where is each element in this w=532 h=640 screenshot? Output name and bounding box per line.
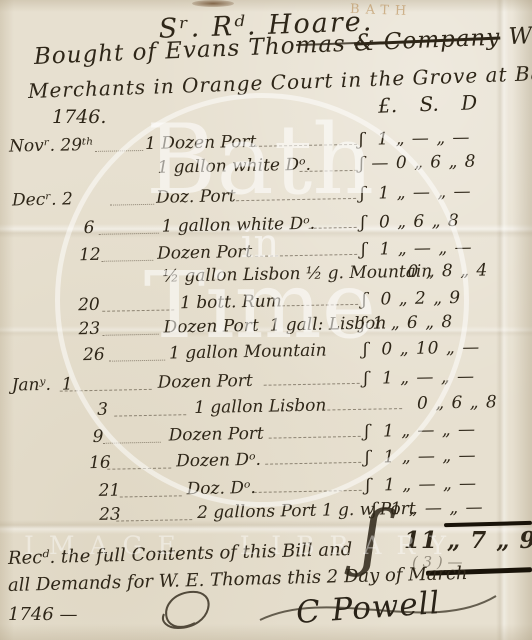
entry-date: 6	[83, 218, 94, 238]
entry-item: 1 Dozen Port	[145, 132, 257, 154]
leader-line	[265, 452, 361, 465]
leader-line	[101, 250, 153, 262]
leader-line	[60, 379, 152, 392]
entry-amount: ʃ 1 „ — „ —	[360, 182, 472, 204]
entry-item: Dozen Port	[168, 424, 264, 446]
total-amount: 11 „ 7 „ 9	[404, 527, 532, 554]
leader-line	[255, 244, 357, 257]
entry-date: Decʳ. 2	[12, 189, 73, 210]
leader-line	[249, 134, 357, 147]
entry-amount: ʃ 1 „ 6 „ 8	[360, 312, 453, 334]
entry-date: 23	[78, 319, 100, 339]
entry-item: Doz. Dᵒ.	[186, 478, 256, 499]
leader-line	[102, 299, 174, 311]
leader-line	[268, 426, 360, 439]
entry-amount: 0 „ 8 „ 4	[407, 260, 488, 282]
manuscript-bill-page: BATH Sʳ. Rᵈ. Hoare. Bought of Evans Thom…	[0, 0, 532, 640]
entry-amount: ʃ 0 „ 6 „ 8	[360, 211, 459, 233]
entry-item: Dozen Port 1 gall: Lisbon	[163, 313, 386, 337]
entry-amount: ʃ 1 „ — „ —	[363, 367, 475, 389]
entry-item: 1 gallon white Dᵒ.	[157, 155, 311, 178]
leader-line	[99, 223, 159, 235]
leader-line	[110, 194, 154, 206]
entry-amount: 0 „ 6 „ 8	[417, 392, 498, 414]
leader-line	[263, 373, 359, 386]
entry-item: 1 bott. Rum	[180, 291, 282, 313]
entry-item: Dozen Port	[157, 371, 253, 393]
leader-line	[236, 188, 356, 201]
entry-date: Novʳ. 29ᵗʰ	[9, 135, 94, 157]
leader-line	[299, 160, 357, 172]
entry-amount: ʃ 1 „ — „ —	[365, 446, 477, 468]
leader-line	[120, 485, 182, 497]
entry-item: 1 gallon white Dᵒ.	[161, 214, 315, 237]
entry-item: Dozen Dᵒ.	[176, 450, 261, 472]
entry-item: Doz. Port	[156, 186, 236, 208]
entry-date: 12	[79, 245, 101, 265]
leader-line	[254, 480, 362, 493]
leader-line	[272, 294, 358, 307]
entry-amount: ʃ 1 „ — „ —	[359, 128, 471, 150]
leader-line	[308, 217, 356, 229]
entry-amount: ʃ 1 „ — „ —	[364, 420, 476, 442]
entry-date: 26	[83, 345, 105, 365]
receipt-line-3: 1746 —	[8, 604, 78, 625]
leader-line	[103, 432, 161, 444]
entry-date: 3	[97, 400, 108, 420]
entry-date: 21	[98, 480, 120, 500]
leader-line	[116, 509, 192, 521]
leader-line	[107, 458, 171, 470]
entry-amount: ʃ 0 „ 2 „ 9	[362, 288, 461, 310]
entry-item: Dozen Port	[157, 242, 253, 264]
entry-amount: ʃ — 0 „ 6 „ 8	[359, 152, 476, 174]
leader-line	[109, 350, 165, 362]
entry-date: 20	[78, 295, 100, 315]
entry-amount: ʃ 1 „ — „ —	[372, 498, 484, 520]
leader-line	[102, 324, 158, 336]
entry-item: 1 gallon Lisbon	[194, 396, 327, 419]
leader-line	[95, 140, 143, 152]
entry-amount: ʃ 1 „ — „ —	[361, 238, 473, 260]
entry-amount: ʃ 1 „ — „ —	[365, 474, 477, 496]
leader-line	[322, 398, 402, 411]
leader-line	[114, 404, 186, 416]
entry-item: ½ gallon Lisbon ½ g. Mountain	[162, 261, 432, 286]
entry-amount: ʃ 0 „ 10 „ —	[363, 338, 480, 360]
entry-item: 1 gallon Mountain	[169, 341, 327, 364]
